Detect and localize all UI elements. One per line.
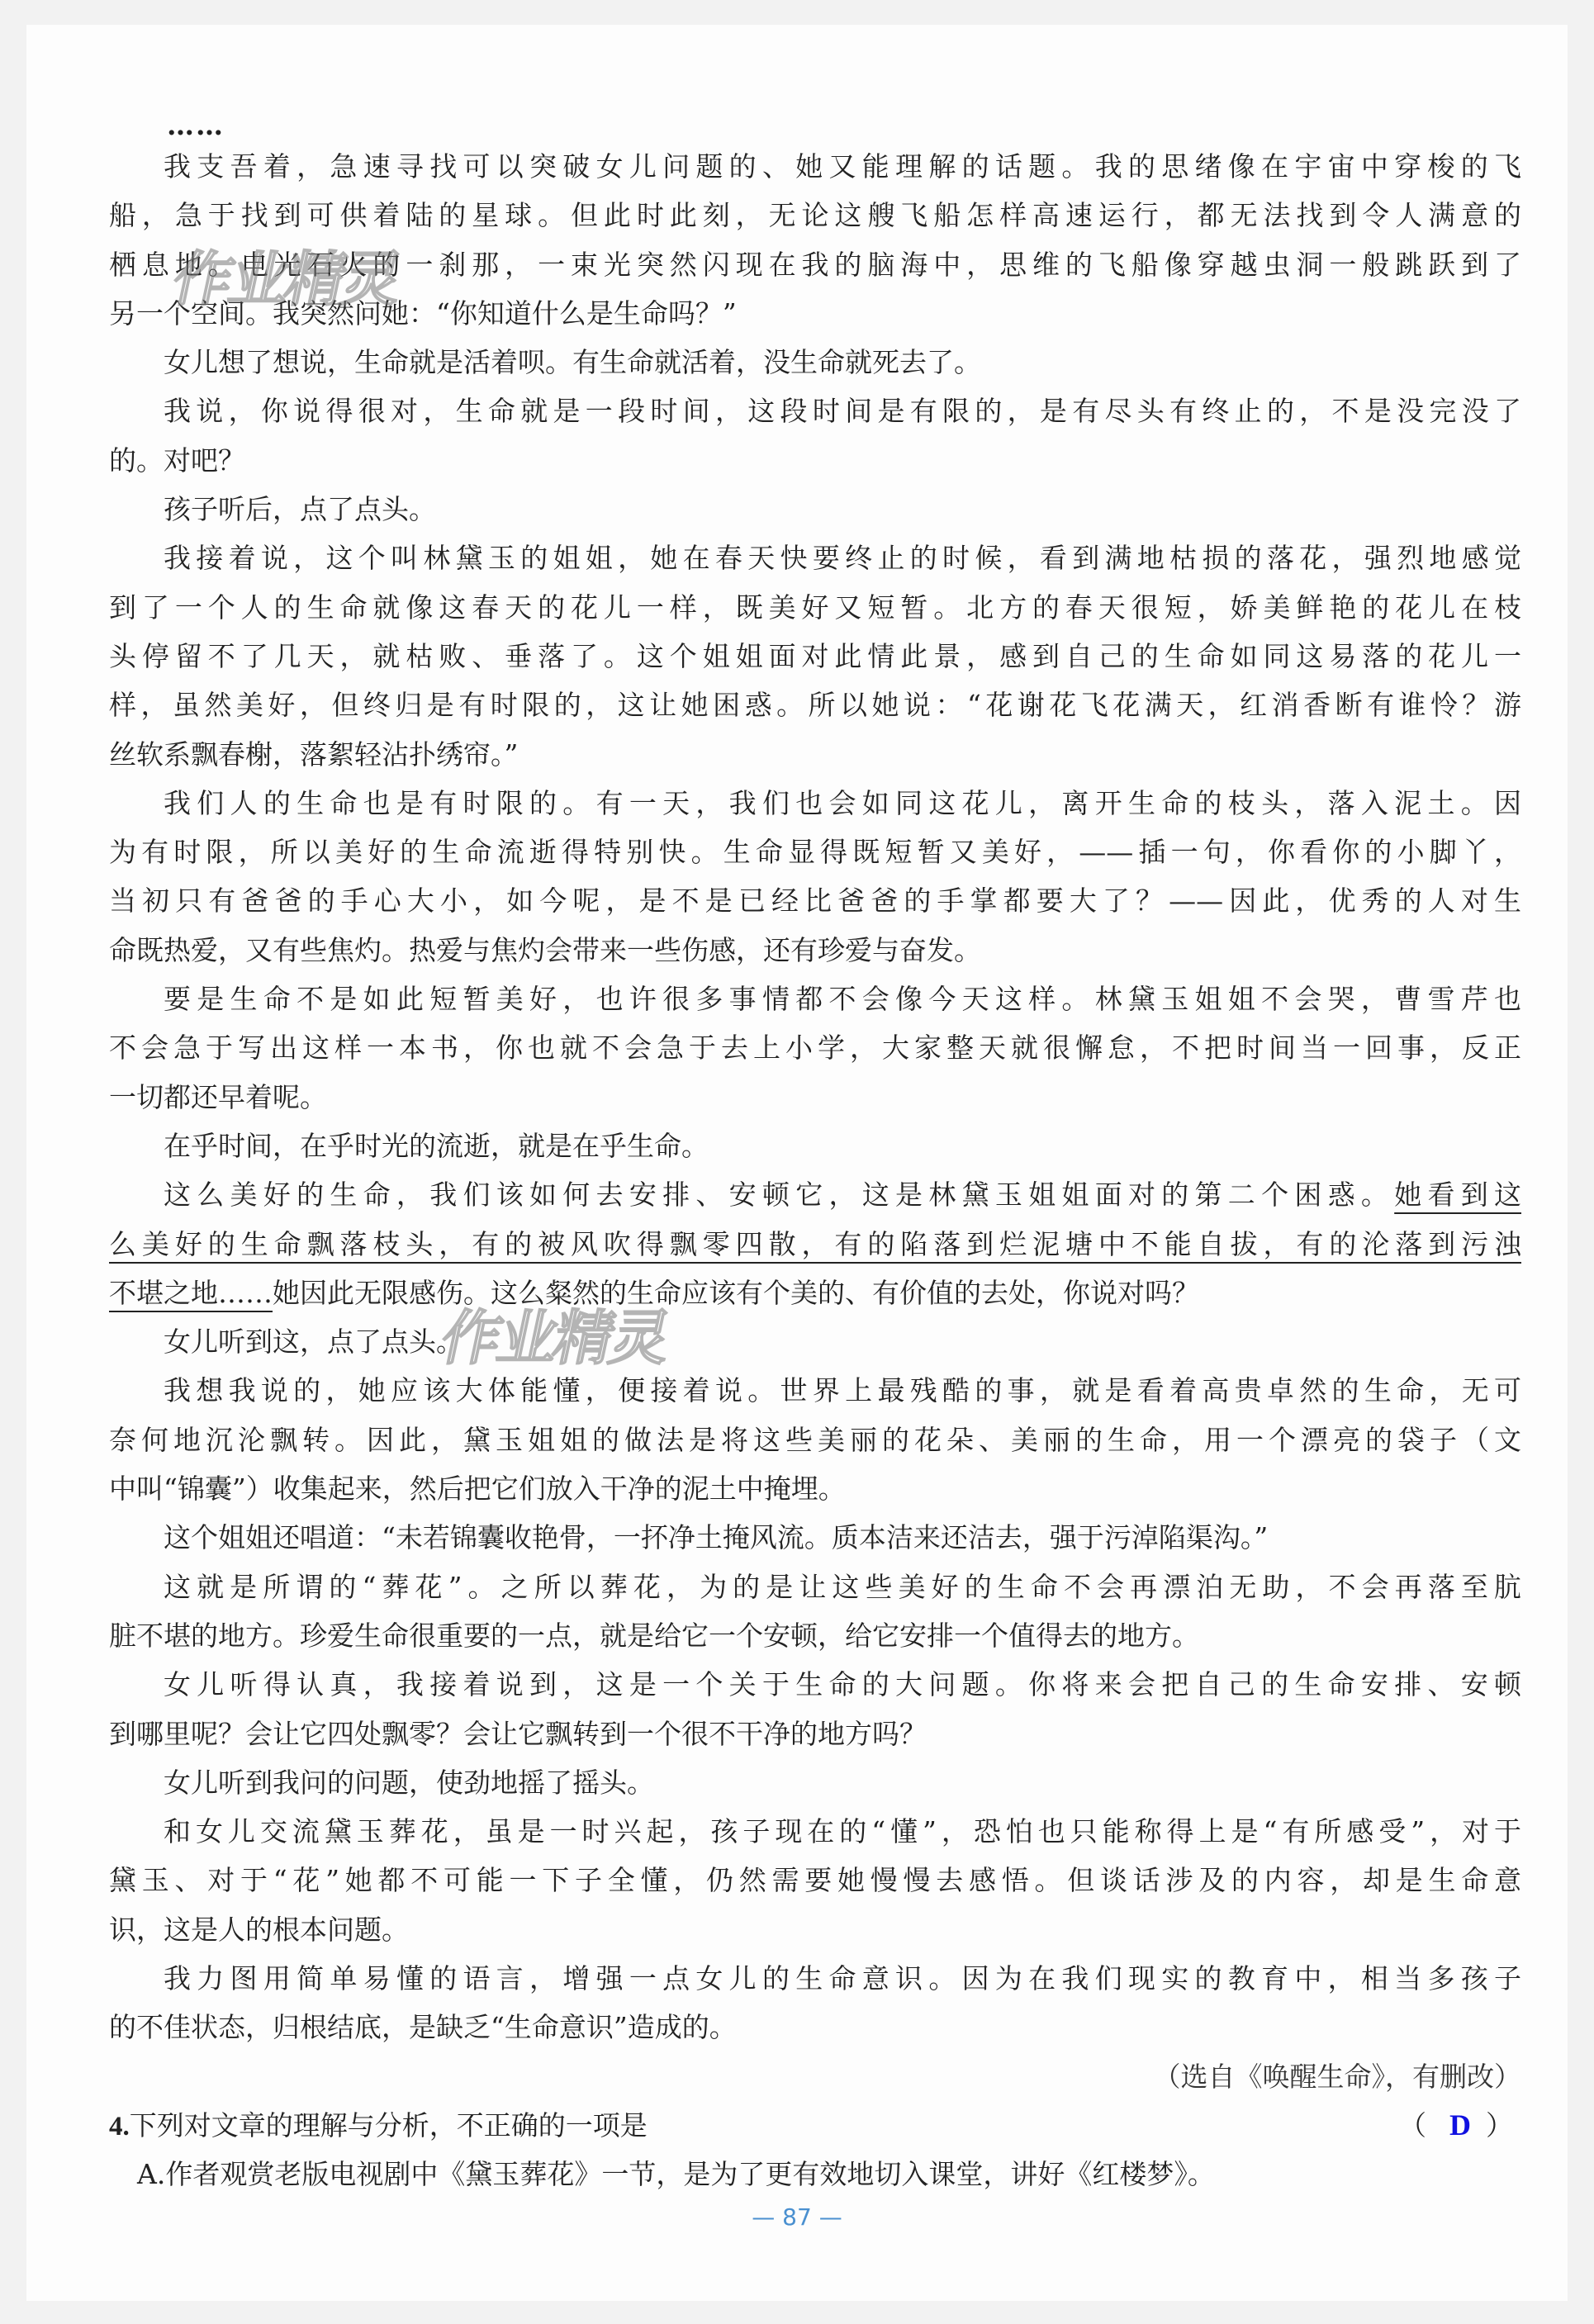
passage-line: 女儿想了想说，生命就是活着呗。有生命就活着，没生命就死去了。 (109, 338, 1521, 387)
answer-blank[interactable]: （D） (1399, 2101, 1521, 2150)
question-number: 4. (109, 2112, 130, 2141)
passage-line: 识，这是人的根本问题。 (109, 1905, 1521, 1954)
passage-line: 为有时限，所以美好的生命流逝得特别快。生命显得既短暂又美好，——插一句，你看你的… (109, 828, 1521, 876)
passage-line: 不会急于写出这样一本书，你也就不会急于去上小学，大家整天就很懈怠，不把时间当一回… (109, 1023, 1521, 1072)
source-citation: （选自《唤醒生命》，有删改） (109, 2052, 1521, 2101)
option-a: A.作者观赏老版电视剧中《黛玉葬花》一节，是为了更有效地切入课堂，讲好《红楼梦》… (109, 2150, 1521, 2198)
passage-line: 女儿听得认真，我接着说到，这是一个关于生命的大问题。你将来会把自己的生命安排、安… (109, 1660, 1521, 1709)
passage-line: 样，虽然美好，但终归是有时限的，这让她困惑。所以她说：“花谢花飞花满天，红消香断… (109, 681, 1521, 729)
passage-line: 另一个空间。我突然问她：“你知道什么是生命吗？” (109, 289, 1521, 338)
passage-line: 这个姐姐还唱道：“未若锦囊收艳骨，一抔净土掩风流。质本洁来还洁去，强于污淖陷渠沟… (109, 1513, 1521, 1562)
underlined-sentence-line: 么美好的生命飘落枝头，有的被风吹得飘零四散，有的陷落到烂泥塘中不能自拔，有的沦落… (109, 1220, 1521, 1269)
passage-line: 我支吾着，急速寻找可以突破女儿问题的、她又能理解的话题。我的思绪像在宇宙中穿梭的… (109, 142, 1521, 191)
question-4: 4.下列对文章的理解与分析，不正确的一项是 （D） (109, 2101, 1521, 2150)
passage-line: 和女儿交流黛玉葬花，虽是一时兴起，孩子现在的“懂”，恐怕也只能称得上是“有所感受… (109, 1807, 1521, 1856)
answer-paren-open: （ (1399, 2109, 1435, 2141)
passage-line: 中叫“锦囊”）收集起来，然后把它们放入干净的泥土中掩埋。 (109, 1464, 1521, 1513)
answer-paren-close: ） (1486, 2109, 1521, 2141)
page-number: — 87 — (0, 2203, 1594, 2231)
option-label: A. (137, 2158, 165, 2190)
passage-line: 要是生命不是如此短暂美好，也许很多事情都不会像今天这样。林黛玉姐姐不会哭，曹雪芹… (109, 975, 1521, 1023)
passage-line: 我们人的生命也是有时限的。有一天，我们也会如同这花儿，离开生命的枝头，落入泥土。… (109, 779, 1521, 828)
passage-line: 我接着说，这个叫林黛玉的姐姐，她在春天快要终止的时候，看到满地枯损的落花，强烈地… (109, 534, 1521, 582)
option-text: 作者观赏老版电视剧中《黛玉葬花》一节，是为了更有效地切入课堂，讲好《红楼梦》。 (165, 2158, 1215, 2190)
underlined-sentence: 她看到这 (1394, 1179, 1521, 1211)
passage-line: 到哪里呢？会让它四处飘零？会让它飘转到一个很不干净的地方吗？ (109, 1710, 1521, 1758)
passage-line: 在乎时间，在乎时光的流逝，就是在乎生命。 (109, 1122, 1521, 1170)
passage-line: 我想我说的，她应该大体能懂，便接着说。世界上最残酷的事，就是看着高贵卓然的生命，… (109, 1366, 1521, 1415)
passage-line: 黛玉、对于“花”她都不可能一下子全懂，仍然需要她慢慢去感悟。但谈话涉及的内容，却… (109, 1856, 1521, 1904)
passage-line: 脏不堪的地方。珍爱生命很重要的一点，就是给它一个安顿，给它安排一个值得去的地方。 (109, 1611, 1521, 1660)
passage-line: 头停留不了几天，就枯败、垂落了。这个姐姐面对此情此景，感到自己的生命如同这易落的… (109, 632, 1521, 681)
passage-line: 女儿听到这，点了点头。 (109, 1317, 1521, 1366)
passage-line: 奈何地沉沦飘转。因此，黛玉姐姐的做法是将这些美丽的花朵、美丽的生命，用一个漂亮的… (109, 1416, 1521, 1464)
passage-text: 这么美好的生命，我们该如何去安排、安顿它，这是林黛玉姐姐面对的第二个困惑。 (164, 1179, 1394, 1211)
passage-line: 我力图用简单易懂的语言，增强一点女儿的生命意识。因为在我们现实的教育中，相当多孩… (109, 1954, 1521, 2003)
passage-line: 船，急于找到可供着陆的星球。但此时此刻，无论这艘飞船怎样高速运行，都无法找到令人… (109, 191, 1521, 240)
passage-line: 我说，你说得很对，生命就是一段时间，这段时间是有限的，是有尽头有终止的，不是没完… (109, 387, 1521, 435)
question-stem: 下列对文章的理解与分析，不正确的一项是 (130, 2109, 648, 2141)
passage-line: 的。对吧？ (109, 436, 1521, 485)
passage-line: 这就是所谓的“葬花”。之所以葬花，为的是让这些美好的生命不会再漂泊无助，不会再落… (109, 1563, 1521, 1611)
underlined-sentence-end: 不堪之地…… (109, 1277, 273, 1309)
textbook-page: …… 我支吾着，急速寻找可以突破女儿问题的、她又能理解的话题。我的思绪像在宇宙中… (26, 25, 1568, 2301)
passage-line: 当初只有爸爸的手心大小，如今呢，是不是已经比爸爸的手掌都要大了？——因此，优秀的… (109, 876, 1521, 925)
passage-line: 的不佳状态，归根结底，是缺乏“生命意识”造成的。 (109, 2003, 1521, 2051)
passage-line: 一切都还早着呢。 (109, 1073, 1521, 1122)
answer-value: D (1435, 2108, 1486, 2141)
passage-line: 女儿听到我问的问题，使劲地摇了摇头。 (109, 1758, 1521, 1807)
passage-line: 命既热爱，又有些焦灼。热爱与焦灼会带来一些伤感，还有珍爱与奋发。 (109, 926, 1521, 975)
passage-line: 丝软系飘春榭，落絮轻沾扑绣帘。” (109, 730, 1521, 779)
passage-line: 孩子听后，点了点头。 (109, 485, 1521, 534)
omission-ellipsis: …… (109, 109, 1521, 142)
passage-line: 不堪之地……她因此无限感伤。这么粲然的生命应该有个美的、有价值的去处，你说对吗？ (109, 1269, 1521, 1317)
question-stem-wrap: 4.下列对文章的理解与分析，不正确的一项是 (109, 2101, 648, 2150)
passage-line: 栖息地。电光石火的一刹那，一束光突然闪现在我的脑海中，思维的飞船像穿越虫洞一般跳… (109, 240, 1521, 289)
passage-text: 她因此无限感伤。这么粲然的生命应该有个美的、有价值的去处，你说对吗？ (273, 1277, 1199, 1309)
passage-line: 到了一个人的生命就像这春天的花儿一样，既美好又短暂。北方的春天很短，娇美鲜艳的花… (109, 583, 1521, 632)
reading-passage: …… 我支吾着，急速寻找可以突破女儿问题的、她又能理解的话题。我的思绪像在宇宙中… (109, 109, 1521, 2198)
passage-line: 这么美好的生命，我们该如何去安排、安顿它，这是林黛玉姐姐面对的第二个困惑。她看到… (109, 1170, 1521, 1219)
